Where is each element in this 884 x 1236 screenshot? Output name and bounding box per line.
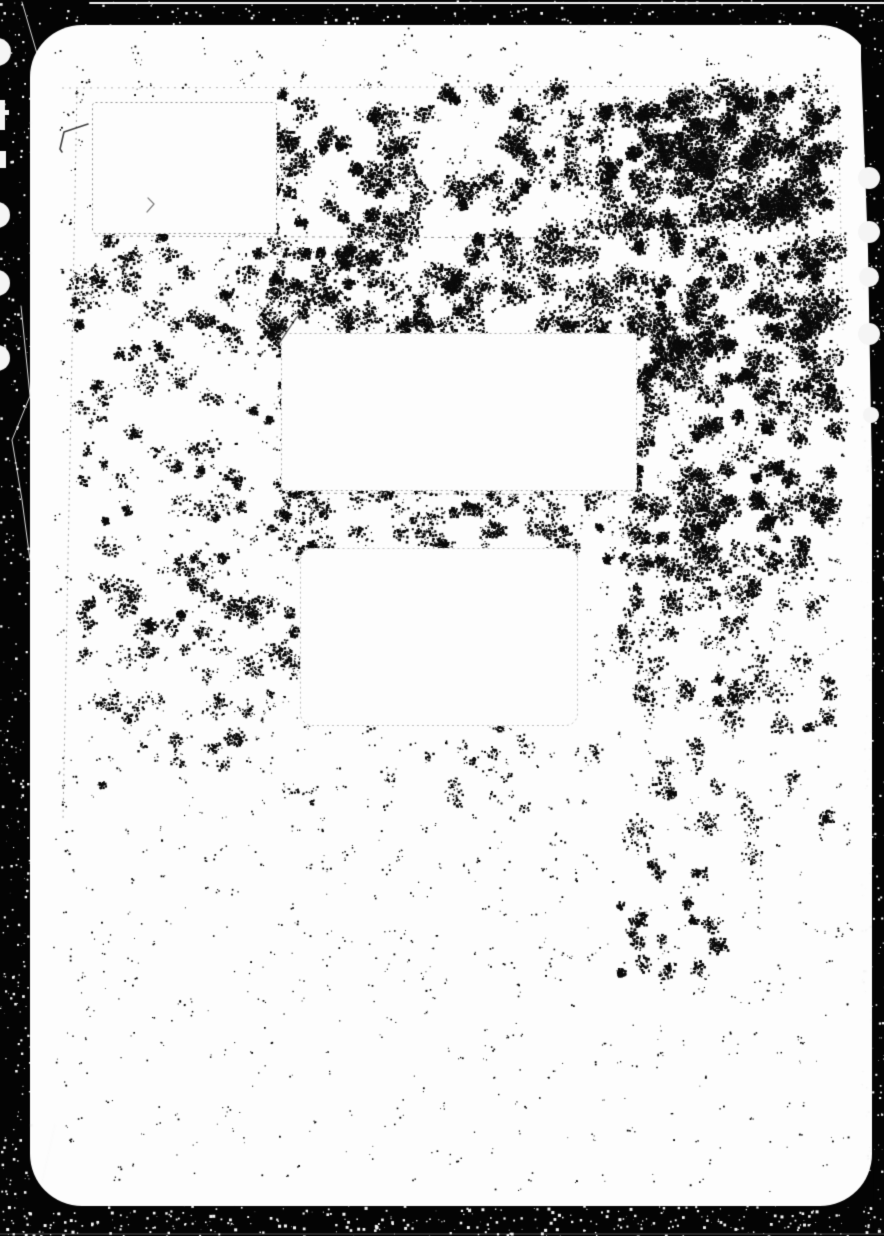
scanned-document-canvas bbox=[0, 0, 884, 1236]
microfilm-scan-frame: Degraded black-and-white microfilm scan … bbox=[0, 0, 884, 1236]
